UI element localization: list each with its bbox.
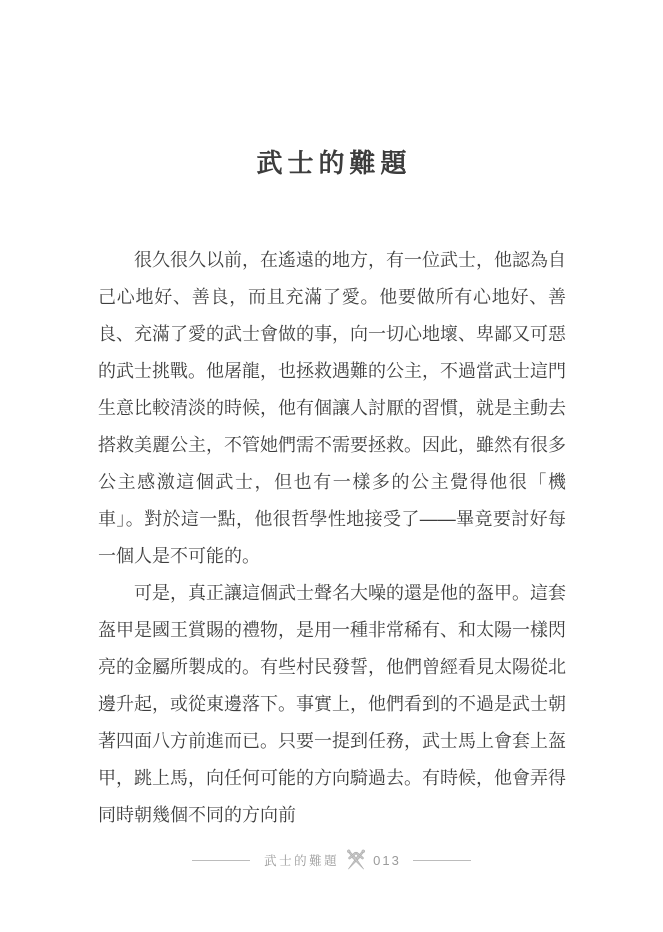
- book-page: 武士的難題 很久很久以前，在遙遠的地方，有一位武士，他認為自己心地好、善良，而且…: [0, 0, 663, 932]
- paragraph-1: 很久很久以前，在遙遠的地方，有一位武士，他認為自己心地好、善良，而且充滿了愛。他…: [98, 242, 566, 575]
- footer-rule-left: [192, 860, 250, 861]
- paragraph-2: 可是，真正讓這個武士聲名大噪的還是他的盔甲。這套盔甲是國王賞賜的禮物，是用一種非…: [98, 575, 566, 834]
- page-footer: 武士的難題: [0, 846, 663, 874]
- footer-chapter-label: 武士的難題: [264, 851, 339, 869]
- chapter-title: 武士的難題: [0, 143, 663, 180]
- crossed-swords-icon: [342, 846, 370, 874]
- body-text: 很久很久以前，在遙遠的地方，有一位武士，他認為自己心地好、善良，而且充滿了愛。他…: [98, 242, 566, 834]
- page-number: 013: [373, 853, 401, 868]
- footer-rule-right: [413, 860, 471, 861]
